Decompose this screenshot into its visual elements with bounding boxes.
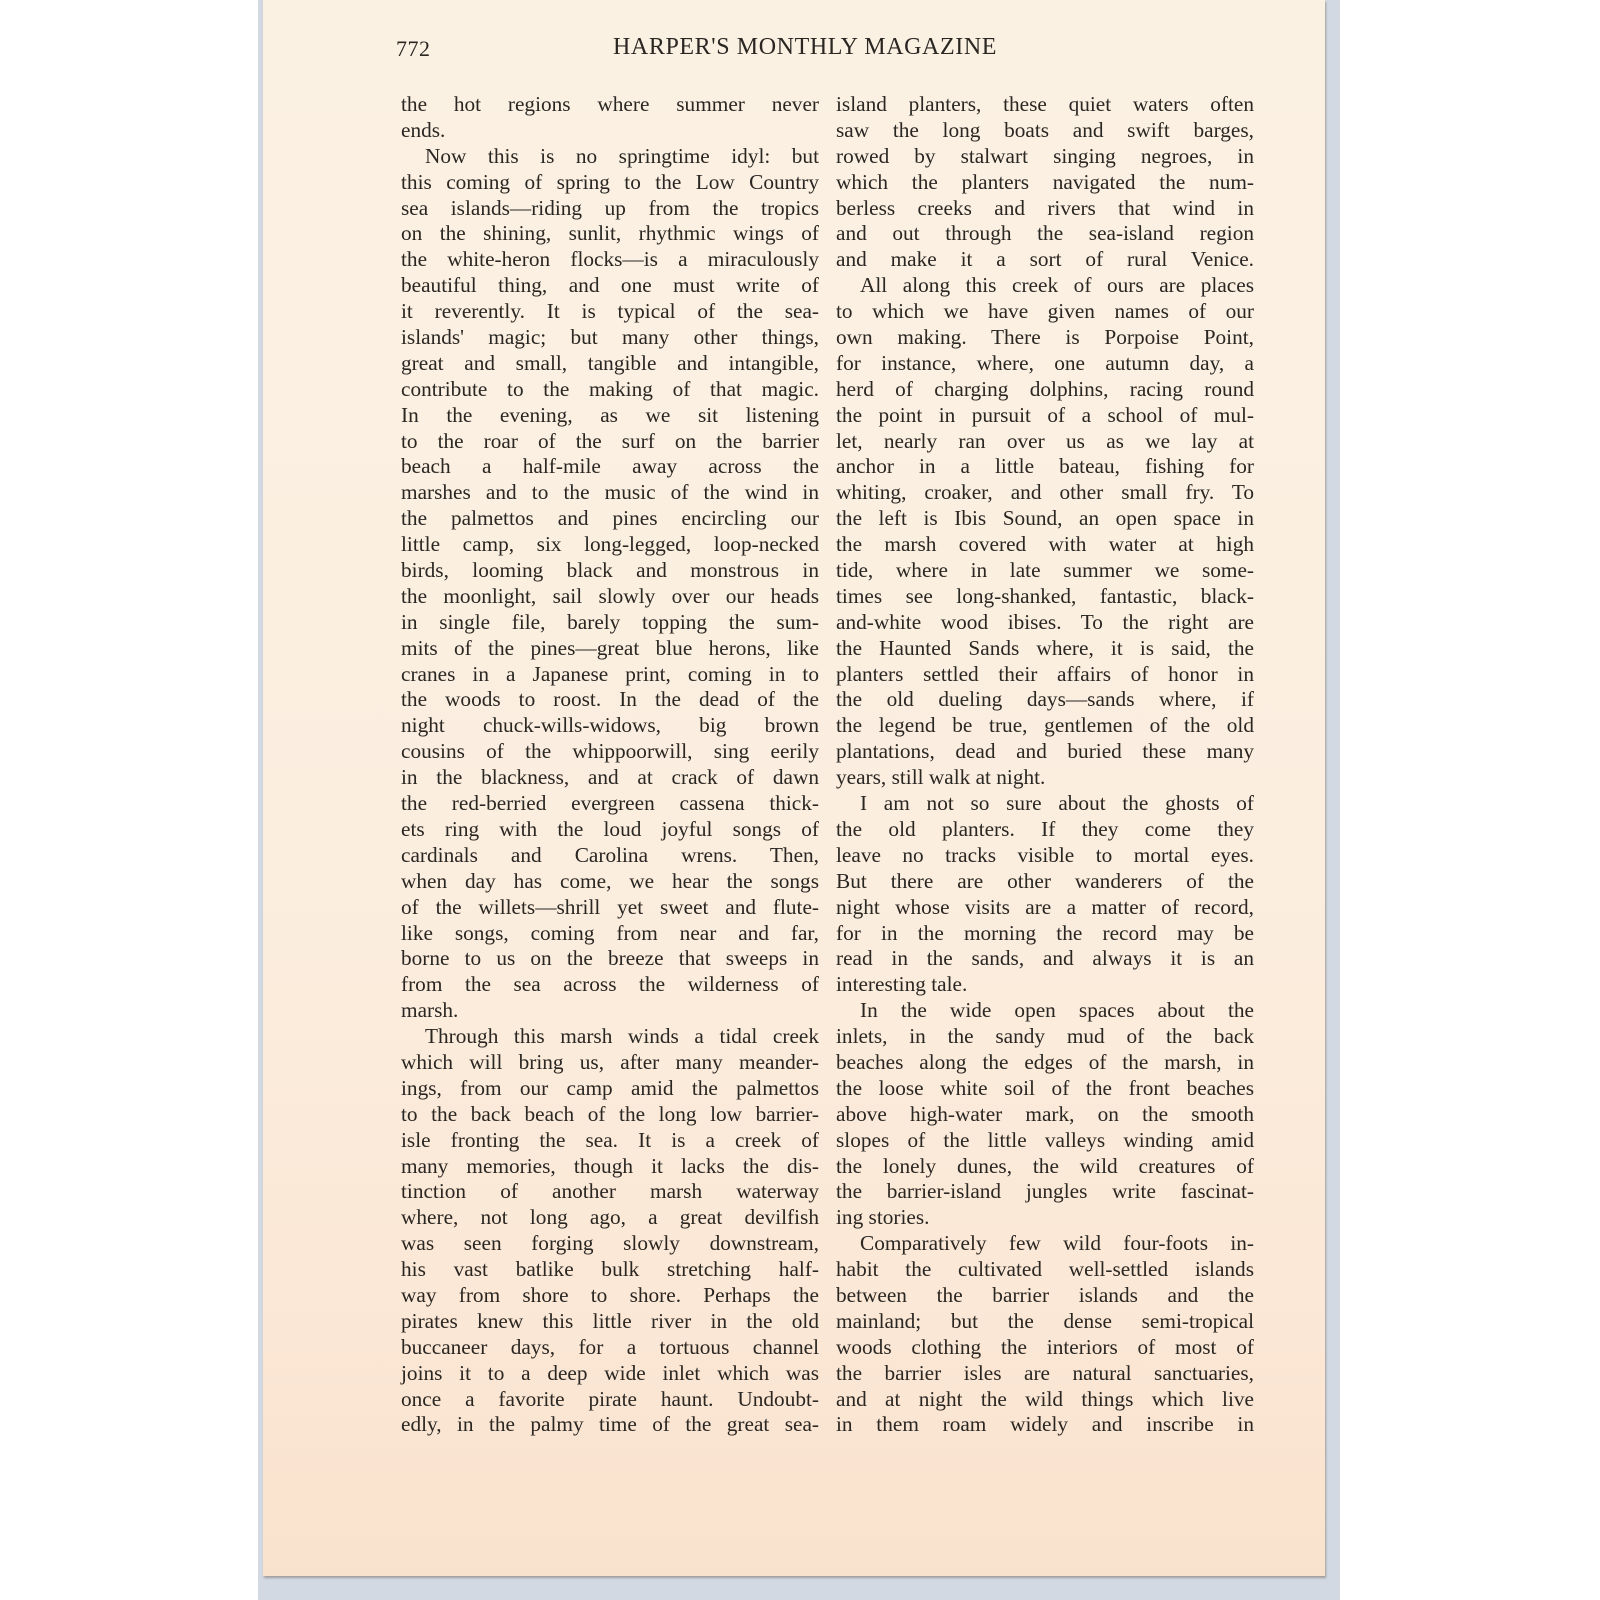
text-line: Through this marsh winds a tidal creek xyxy=(401,1024,819,1050)
text-line: beach a half-mile away across the xyxy=(401,454,819,480)
text-line: Now this is no springtime idyl: but xyxy=(401,144,819,170)
text-line: ings, from our camp amid the palmettos xyxy=(401,1076,819,1102)
text-line: ets ring with the loud joyful songs of xyxy=(401,817,819,843)
text-line: and-white wood ibises. To the right are xyxy=(836,610,1254,636)
text-line: I am not so sure about the ghosts of xyxy=(836,791,1254,817)
text-column-left: the hot regions where summer neverends.N… xyxy=(401,92,819,1438)
text-line: whiting, croaker, and other small fry. T… xyxy=(836,480,1254,506)
text-line: above high-water mark, on the smooth xyxy=(836,1102,1254,1128)
text-line: the barrier-island jungles write fascina… xyxy=(836,1179,1254,1205)
text-line: the barrier isles are natural sanctuarie… xyxy=(836,1361,1254,1387)
text-line: beaches along the edges of the marsh, in xyxy=(836,1050,1254,1076)
text-line: joins it to a deep wide inlet which was xyxy=(401,1361,819,1387)
text-line: to the roar of the surf on the barrier xyxy=(401,429,819,455)
text-line: cousins of the whippoorwill, sing eerily xyxy=(401,739,819,765)
text-line: saw the long boats and swift barges, xyxy=(836,118,1254,144)
text-line: mits of the pines—great blue herons, lik… xyxy=(401,636,819,662)
text-line: rowed by stalwart singing negroes, in xyxy=(836,144,1254,170)
text-line: for in the morning the record may be xyxy=(836,921,1254,947)
text-line: ing stories. xyxy=(836,1205,1254,1231)
text-column-right: island planters, these quiet waters ofte… xyxy=(836,92,1254,1438)
text-line: tide, where in late summer we some- xyxy=(836,558,1254,584)
text-line: the marsh covered with water at high xyxy=(836,532,1254,558)
text-line: the loose white soil of the front beache… xyxy=(836,1076,1254,1102)
text-line: sea islands—riding up from the tropics xyxy=(401,196,819,222)
text-line: the old dueling days—sands where, if xyxy=(836,687,1254,713)
text-line: own making. There is Porpoise Point, xyxy=(836,325,1254,351)
text-line: in them roam widely and inscribe in xyxy=(836,1412,1254,1438)
text-line: leave no tracks visible to mortal eyes. xyxy=(836,843,1254,869)
text-line: and at night the wild things which live xyxy=(836,1387,1254,1413)
text-line: way from shore to shore. Perhaps the xyxy=(401,1283,819,1309)
text-line: his vast batlike bulk stretching half- xyxy=(401,1257,819,1283)
text-line: to the back beach of the long low barrie… xyxy=(401,1102,819,1128)
text-line: slopes of the little valleys winding ami… xyxy=(836,1128,1254,1154)
text-line: and out through the sea-island region xyxy=(836,221,1254,247)
text-line: many memories, though it lacks the dis- xyxy=(401,1154,819,1180)
magazine-page: 772 HARPER'S MONTHLY MAGAZINE the hot re… xyxy=(263,0,1325,1576)
text-line: berless creeks and rivers that wind in xyxy=(836,196,1254,222)
text-line: inlets, in the sandy mud of the back xyxy=(836,1024,1254,1050)
text-line: marshes and to the music of the wind in xyxy=(401,480,819,506)
text-line: the lonely dunes, the wild creatures of xyxy=(836,1154,1254,1180)
text-line: cardinals and Carolina wrens. Then, xyxy=(401,843,819,869)
text-line: pirates knew this little river in the ol… xyxy=(401,1309,819,1335)
text-line: buccaneer days, for a tortuous channel xyxy=(401,1335,819,1361)
text-line: the old planters. If they come they xyxy=(836,817,1254,843)
text-line: the white-heron flocks—is a miraculously xyxy=(401,247,819,273)
text-line: in the blackness, and at crack of dawn xyxy=(401,765,819,791)
text-line: the moonlight, sail slowly over our head… xyxy=(401,584,819,610)
text-line: cranes in a Japanese print, coming in to xyxy=(401,662,819,688)
text-line: from the sea across the wilderness of xyxy=(401,972,819,998)
text-line: read in the sands, and always it is an xyxy=(836,946,1254,972)
text-line: herd of charging dolphins, racing round xyxy=(836,377,1254,403)
text-line: for instance, where, one autumn day, a xyxy=(836,351,1254,377)
text-line: the red-berried evergreen cassena thick- xyxy=(401,791,819,817)
text-line: the palmettos and pines encircling our xyxy=(401,506,819,532)
text-line: the left is Ibis Sound, an open space in xyxy=(836,506,1254,532)
text-line: planters settled their affairs of honor … xyxy=(836,662,1254,688)
text-line: edly, in the palmy time of the great sea… xyxy=(401,1412,819,1438)
text-line: times see long-shanked, fantastic, black… xyxy=(836,584,1254,610)
text-line: it reverently. It is typical of the sea- xyxy=(401,299,819,325)
text-line: night chuck-wills-widows, big brown xyxy=(401,713,819,739)
text-line: great and small, tangible and intangible… xyxy=(401,351,819,377)
text-line: where, not long ago, a great devilfish xyxy=(401,1205,819,1231)
text-line: Comparatively few wild four-foots in- xyxy=(836,1231,1254,1257)
text-line: mainland; but the dense semi-tropical xyxy=(836,1309,1254,1335)
text-line: which will bring us, after many meander- xyxy=(401,1050,819,1076)
publication-title: HARPER'S MONTHLY MAGAZINE xyxy=(613,34,997,61)
text-line: borne to us on the breeze that sweeps in xyxy=(401,946,819,972)
text-line: contribute to the making of that magic. xyxy=(401,377,819,403)
text-line: in single file, barely topping the sum- xyxy=(401,610,819,636)
text-line: birds, looming black and monstrous in xyxy=(401,558,819,584)
text-line: night whose visits are a matter of recor… xyxy=(836,895,1254,921)
text-line: let, nearly ran over us as we lay at xyxy=(836,429,1254,455)
text-line: when day has come, we hear the songs xyxy=(401,869,819,895)
text-line: In the evening, as we sit listening xyxy=(401,403,819,429)
text-line: interesting tale. xyxy=(836,972,1254,998)
text-line: on the shining, sunlit, rhythmic wings o… xyxy=(401,221,819,247)
text-line: But there are other wanderers of the xyxy=(836,869,1254,895)
text-line: like songs, coming from near and far, xyxy=(401,921,819,947)
text-line: marsh. xyxy=(401,998,819,1024)
text-line: which the planters navigated the num- xyxy=(836,170,1254,196)
text-line: islands' magic; but many other things, xyxy=(401,325,819,351)
text-line: between the barrier islands and the xyxy=(836,1283,1254,1309)
text-line: woods clothing the interiors of most of xyxy=(836,1335,1254,1361)
text-line: beautiful thing, and one must write of xyxy=(401,273,819,299)
text-line: the Haunted Sands where, it is said, the xyxy=(836,636,1254,662)
text-line: and make it a sort of rural Venice. xyxy=(836,247,1254,273)
text-line: tinction of another marsh waterway xyxy=(401,1179,819,1205)
text-line: little camp, six long-legged, loop-necke… xyxy=(401,532,819,558)
text-line: island planters, these quiet waters ofte… xyxy=(836,92,1254,118)
text-line: ends. xyxy=(401,118,819,144)
text-line: the legend be true, gentlemen of the old xyxy=(836,713,1254,739)
text-line: of the willets—shrill yet sweet and flut… xyxy=(401,895,819,921)
text-line: the point in pursuit of a school of mul- xyxy=(836,403,1254,429)
text-line: years, still walk at night. xyxy=(836,765,1254,791)
text-line: In the wide open spaces about the xyxy=(836,998,1254,1024)
running-head: 772 HARPER'S MONTHLY MAGAZINE xyxy=(263,30,1325,70)
page-number: 772 xyxy=(396,36,431,62)
text-line: this coming of spring to the Low Country xyxy=(401,170,819,196)
text-line: was seen forging slowly downstream, xyxy=(401,1231,819,1257)
text-line: isle fronting the sea. It is a creek of xyxy=(401,1128,819,1154)
text-line: to which we have given names of our xyxy=(836,299,1254,325)
text-line: the hot regions where summer never xyxy=(401,92,819,118)
text-line: anchor in a little bateau, fishing for xyxy=(836,454,1254,480)
text-line: once a favorite pirate haunt. Undoubt- xyxy=(401,1387,819,1413)
text-line: All along this creek of ours are places xyxy=(836,273,1254,299)
text-line: the woods to roost. In the dead of the xyxy=(401,687,819,713)
text-line: plantations, dead and buried these many xyxy=(836,739,1254,765)
text-line: habit the cultivated well-settled island… xyxy=(836,1257,1254,1283)
